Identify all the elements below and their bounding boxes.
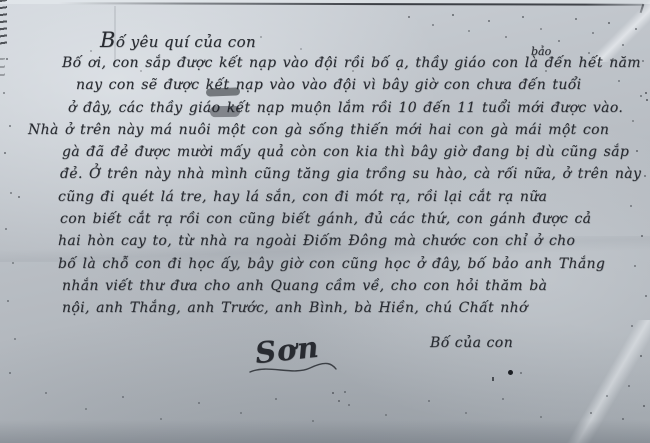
letter-lines: Bố ơi, con sắp được kết nạp vào đội rồi … (55, 52, 645, 320)
ink-overwrite-smudge (210, 106, 240, 118)
letter-salutation: Bố yêu quí của con (100, 30, 256, 52)
letter-line-5: gà đã đẻ được mười mấy quả còn con kia t… (62, 141, 645, 163)
letter-line-9: hai hòn cay to, từ nhà ra ngoài Điốm Đôn… (58, 230, 645, 252)
letter-line-7: cũng đi quét lá tre, hay lá sắn, con đi … (58, 186, 645, 208)
letter-body: Bố yêu quí của con bảo Bố ơi, con sắp đư… (0, 0, 650, 443)
letter-line-10: bố là chỗ con đi học ấy, bây giờ con cũn… (58, 253, 645, 275)
letter-line-8: con biết cắt rạ rồi con cũng biết gánh, … (60, 208, 645, 230)
ink-blot-small (492, 377, 494, 381)
letter-line-2: nay con sẽ được kết nạp vào vào đội vì b… (76, 74, 645, 96)
letter-closing: Bố của con (430, 334, 513, 352)
letter-line-6: đẻ. Ở trên này nhà mình cũng tăng gia tr… (60, 163, 645, 185)
letter-line-12: nội, anh Thắng, anh Trước, anh Bình, bà … (62, 297, 645, 319)
ink-blot (508, 370, 513, 375)
signature-flourish (248, 362, 338, 376)
ink-strikethrough (206, 87, 240, 96)
letter-line-1: Bố ơi, con sắp được kết nạp vào đội rồi … (62, 52, 645, 74)
letter-line-4: Nhà ở trên này má nuôi một con gà sống t… (28, 119, 645, 141)
letter-line-3: ở đây, các thầy giáo kết nạp muộn lắm rồ… (68, 97, 645, 119)
letter-paper: Bố yêu quí của con bảo Bố ơi, con sắp đư… (0, 0, 650, 443)
letter-line-11: nhắn viết thư đưa cho anh Quang cầm về, … (62, 275, 645, 297)
